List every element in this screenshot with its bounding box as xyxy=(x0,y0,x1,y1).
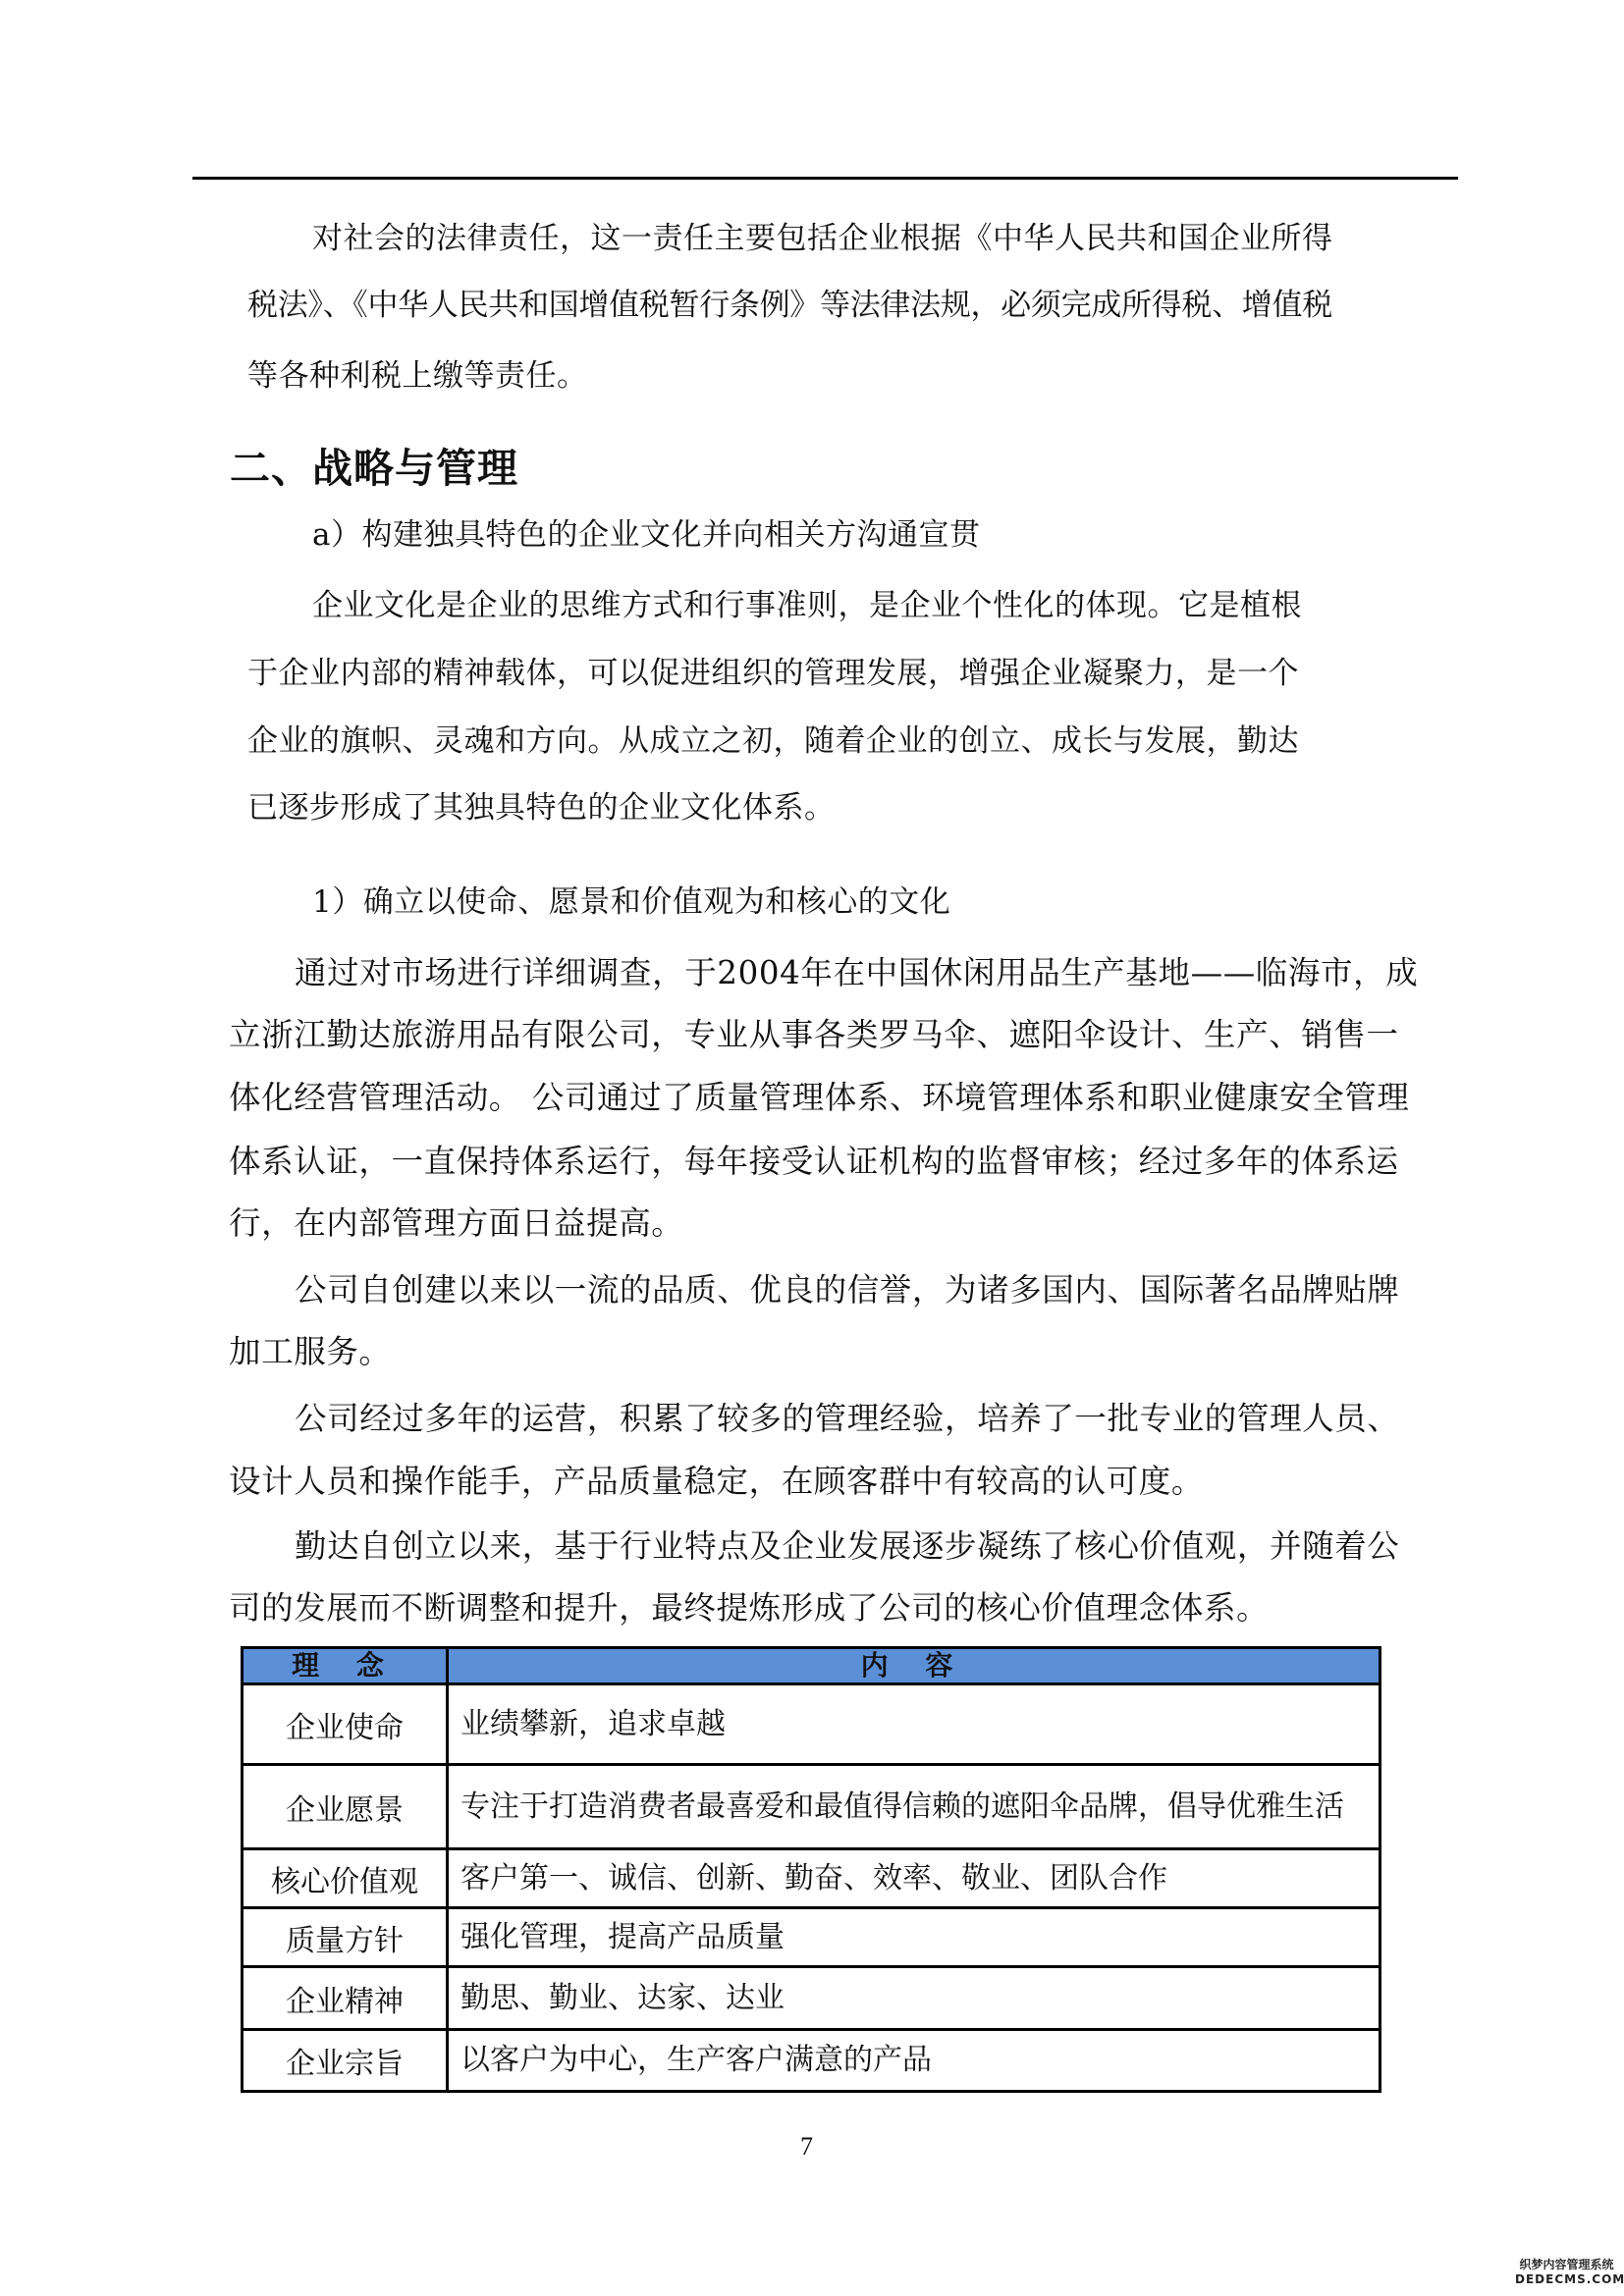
paragraph-line: 设计人员和操作能手，产品质量稳定，在顾客群中有较高的认可度。 xyxy=(229,1462,1204,1501)
watermark-line-1: 织梦内容管理系统 xyxy=(1515,2258,1618,2272)
watermark: 织梦内容管理系统 DEDECMS.COM xyxy=(1515,2258,1618,2287)
paragraph-line: 税法》、《中华人民共和国增值税暂行条例》等法律法规，必须完成所得税、增值税 xyxy=(247,286,1332,325)
table-cell-value: 强化管理，提高产品质量 xyxy=(448,1908,1380,1967)
paragraph-line: 司的发展而不断调整和提升，最终提炼形成了公司的核心价值理念体系。 xyxy=(229,1588,1269,1628)
page-number: 7 xyxy=(800,2132,813,2162)
paragraph-line: 对社会的法律责任，这一责任主要包括企业根据《中华人民共和国企业所得 xyxy=(312,219,1333,258)
table-cell-value: 业绩攀新，追求卓越 xyxy=(448,1684,1380,1765)
paragraph-line: 已逐步形成了其独具特色的企业文化体系。 xyxy=(247,788,836,828)
header-rule xyxy=(192,177,1458,180)
table-row: 质量方针 强化管理，提高产品质量 xyxy=(243,1908,1380,1967)
paragraph-line: 公司自创建以来以一流的品质、优良的信誉，为诸多国内、国际著名品牌贴牌 xyxy=(295,1270,1399,1309)
paragraph-line: 公司经过多年的运营，积累了较多的管理经验，培养了一批专业的管理人员、 xyxy=(295,1399,1399,1438)
paragraph-line: 体系认证，一直保持体系运行，每年接受认证机构的监督审核；经过多年的体系运 xyxy=(229,1142,1399,1181)
table-cell-key: 核心价值观 xyxy=(243,1849,448,1908)
table-row: 企业精神 勤思、勤业、达家、达业 xyxy=(243,1967,1380,2030)
paragraph-line: 通过对市场进行详细调查，于2004年在中国休闲用品生产基地——临海市，成 xyxy=(295,953,1418,992)
paragraph-line: 加工服务。 xyxy=(229,1332,392,1371)
column-header-concept: 理 念 xyxy=(243,1648,448,1684)
table-row: 企业宗旨 以客户为中心，生产客户满意的产品 xyxy=(243,2030,1380,2092)
table-cell-key: 企业使命 xyxy=(243,1684,448,1765)
paragraph-line: 企业文化是企业的思维方式和行事准则，是企业个性化的体现。它是植根 xyxy=(312,586,1302,625)
paragraph-line: 勤达自创立以来，基于行业特点及企业发展逐步凝练了核心价值观，并随着公 xyxy=(295,1526,1399,1566)
paragraph-line: 体化经营管理活动。 公司通过了质量管理体系、环境管理体系和职业健康安全管理 xyxy=(229,1078,1410,1117)
column-header-content: 内 容 xyxy=(448,1648,1380,1684)
table-cell-value: 以客户为中心，生产客户满意的产品 xyxy=(448,2030,1380,2092)
watermark-line-2: DEDECMS.COM xyxy=(1515,2272,1618,2287)
paragraph-line: 于企业内部的精神载体，可以促进组织的管理发展，增强企业凝聚力，是一个 xyxy=(247,654,1299,693)
table-cell-key: 企业精神 xyxy=(243,1967,448,2030)
subheading-a: a）构建独具特色的企业文化并向相关方沟通宣贯 xyxy=(312,515,980,555)
paragraph-line: 等各种利税上缴等责任。 xyxy=(247,356,588,396)
table-cell-key: 质量方针 xyxy=(243,1908,448,1967)
subheading-1: 1）确立以使命、愿景和价值观为和核心的文化 xyxy=(312,882,950,922)
table-cell-value: 勤思、勤业、达家、达业 xyxy=(448,1967,1380,2030)
paragraph-line: 行，在内部管理方面日益提高。 xyxy=(229,1203,683,1243)
table-header-row: 理 念 内 容 xyxy=(243,1648,1380,1684)
table-cell-key: 企业宗旨 xyxy=(243,2030,448,2092)
section-heading: 二、战略与管理 xyxy=(230,444,518,493)
table-cell-key: 企业愿景 xyxy=(243,1765,448,1849)
table-row: 核心价值观 客户第一、诚信、创新、勤奋、效率、敬业、团队合作 xyxy=(243,1849,1380,1908)
table-row: 企业使命 业绩攀新，追求卓越 xyxy=(243,1684,1380,1765)
core-values-table: 理 念 内 容 企业使命 业绩攀新，追求卓越 企业愿景 专注于打造消费者最喜爱和… xyxy=(241,1646,1381,2093)
paragraph-line: 企业的旗帜、灵魂和方向。从成立之初，随着企业的创立、成长与发展，勤达 xyxy=(247,721,1299,761)
table-row: 企业愿景 专注于打造消费者最喜爱和最值得信赖的遮阳伞品牌，倡导优雅生活 xyxy=(243,1765,1380,1849)
table-cell-value: 客户第一、诚信、创新、勤奋、效率、敬业、团队合作 xyxy=(448,1849,1380,1908)
table-cell-value: 专注于打造消费者最喜爱和最值得信赖的遮阳伞品牌，倡导优雅生活 xyxy=(448,1765,1380,1849)
paragraph-line: 立浙江勤达旅游用品有限公司，专业从事各类罗马伞、遮阳伞设计、生产、销售一 xyxy=(229,1015,1399,1054)
